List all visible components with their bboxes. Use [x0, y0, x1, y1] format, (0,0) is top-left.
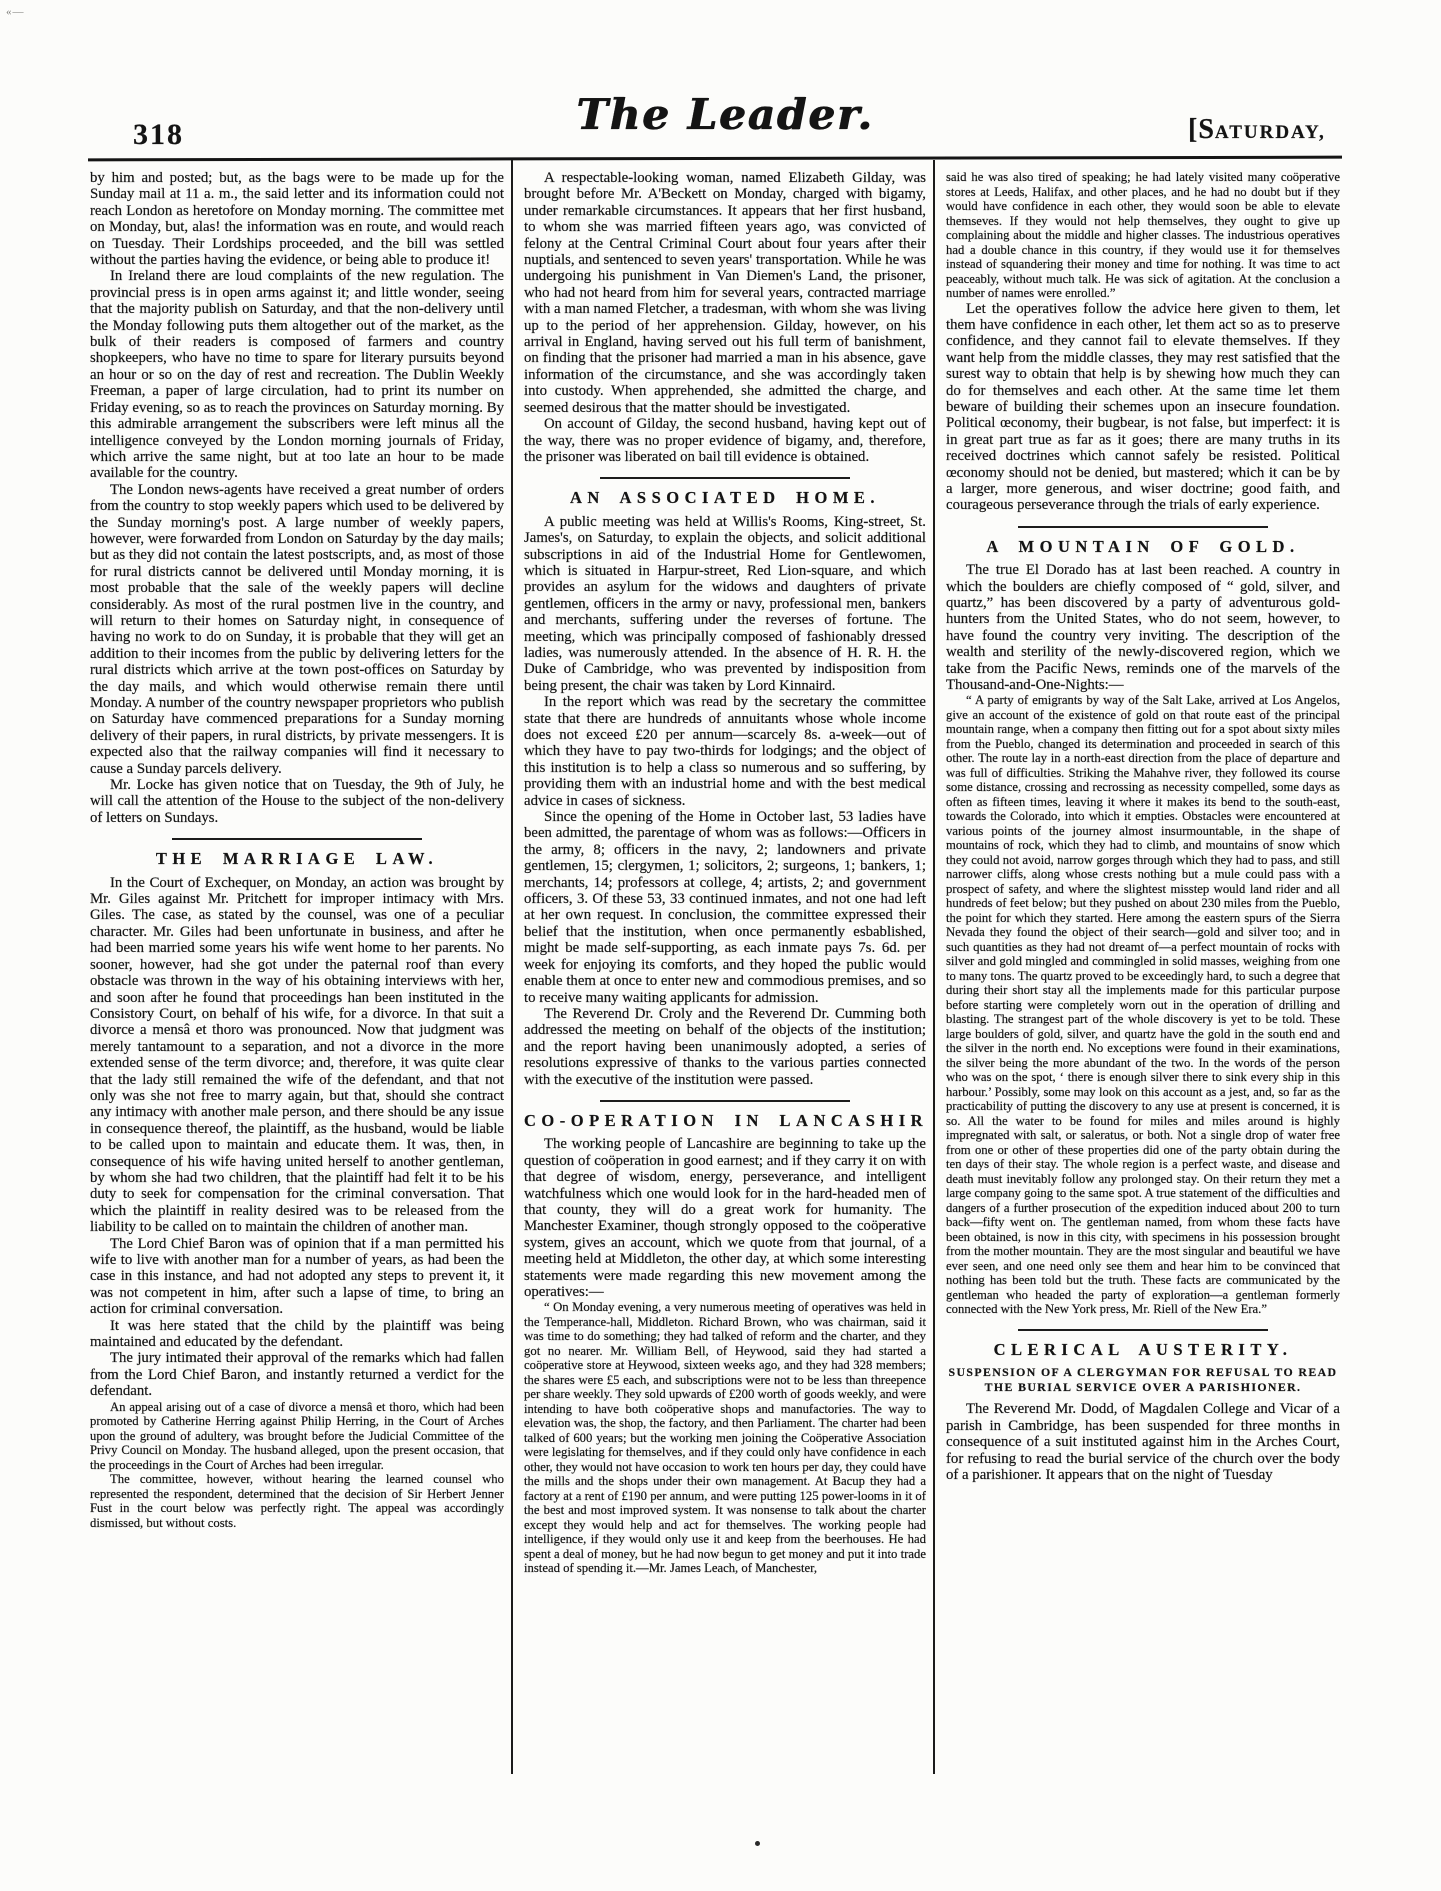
article-paragraph: by him and posted; but, as the bags were…	[90, 170, 504, 268]
article-paragraph: In the report which was read by the secr…	[524, 694, 926, 809]
article-paragraph: A public meeting was held at Willis's Ro…	[524, 514, 926, 694]
article-paragraph: “ A party of emigrants by way of the Sal…	[946, 693, 1340, 1317]
issue-date: [SATURDAY,	[1188, 114, 1326, 146]
masthead-title: The Leader.	[560, 90, 890, 139]
article-paragraph: said he was also tired of speaking; he h…	[946, 170, 1340, 301]
column-1: by him and posted; but, as the bags were…	[90, 170, 504, 1775]
article-heading: AN ASSOCIATED HOME.	[524, 490, 926, 506]
article-separator-rule	[600, 1100, 850, 1102]
article-paragraph: A respectable-looking woman, named Eliza…	[524, 170, 926, 416]
article-paragraph: In the Court of Exchequer, on Monday, an…	[90, 875, 504, 1236]
article-paragraph: The true El Dorado has at last been reac…	[946, 562, 1340, 693]
header-rule	[88, 156, 1342, 162]
article-paragraph: The Reverend Dr. Croly and the Reverend …	[524, 1006, 926, 1088]
column-divider-1	[511, 160, 513, 1774]
newspaper-page: «— 318 The Leader. [SATURDAY, by him and…	[0, 0, 1441, 1891]
article-paragraph: The Lord Chief Baron was of opinion that…	[90, 1236, 504, 1318]
article-heading: A MOUNTAIN OF GOLD.	[946, 539, 1340, 555]
article-heading: CO-OPERATION IN LANCASHIRE.	[524, 1113, 926, 1129]
scan-artifact-corner: «—	[6, 6, 25, 18]
article-paragraph: The working people of Lancashire are beg…	[524, 1136, 926, 1300]
article-paragraph: The jury intimated their approval of the…	[90, 1350, 504, 1399]
article-paragraph: In Ireland there are loud complaints of …	[90, 268, 504, 481]
article-paragraph: “ On Monday evening, a very numerous mee…	[524, 1300, 926, 1576]
article-paragraph: Since the opening of the Home in October…	[524, 809, 926, 1006]
article-paragraph: Let the operatives follow the advice her…	[946, 301, 1340, 514]
article-paragraph: The London news-agents have received a g…	[90, 482, 504, 777]
article-separator-rule	[1018, 1329, 1268, 1331]
issue-date-initial: [S	[1188, 114, 1215, 145]
column-3: said he was also tired of speaking; he h…	[946, 170, 1340, 1825]
article-paragraph: Mr. Locke has given notice that on Tuesd…	[90, 777, 504, 826]
page-number: 318	[133, 118, 184, 152]
article-heading: CLERICAL AUSTERITY.	[946, 1342, 1340, 1358]
article-separator-rule	[172, 838, 422, 840]
article-heading: THE MARRIAGE LAW.	[90, 851, 504, 867]
article-separator-rule	[600, 477, 850, 479]
article-paragraph: The committee, however, without hearing …	[90, 1472, 504, 1530]
article-paragraph: It was here stated that the child by the…	[90, 1318, 504, 1351]
scan-artifact-dot	[755, 1841, 760, 1846]
article-paragraph: An appeal arising out of a case of divor…	[90, 1400, 504, 1473]
article-subheading: SUSPENSION OF A CLERGYMAN FOR REFUSAL TO…	[946, 1365, 1340, 1395]
article-separator-rule	[1018, 526, 1268, 528]
column-divider-2	[933, 160, 935, 1774]
issue-date-rest: ATURDAY,	[1215, 122, 1326, 143]
article-paragraph: On account of Gilday, the second husband…	[524, 416, 926, 465]
column-2: A respectable-looking woman, named Eliza…	[524, 170, 926, 1820]
article-paragraph: The Reverend Mr. Dodd, of Magdalen Colle…	[946, 1401, 1340, 1483]
